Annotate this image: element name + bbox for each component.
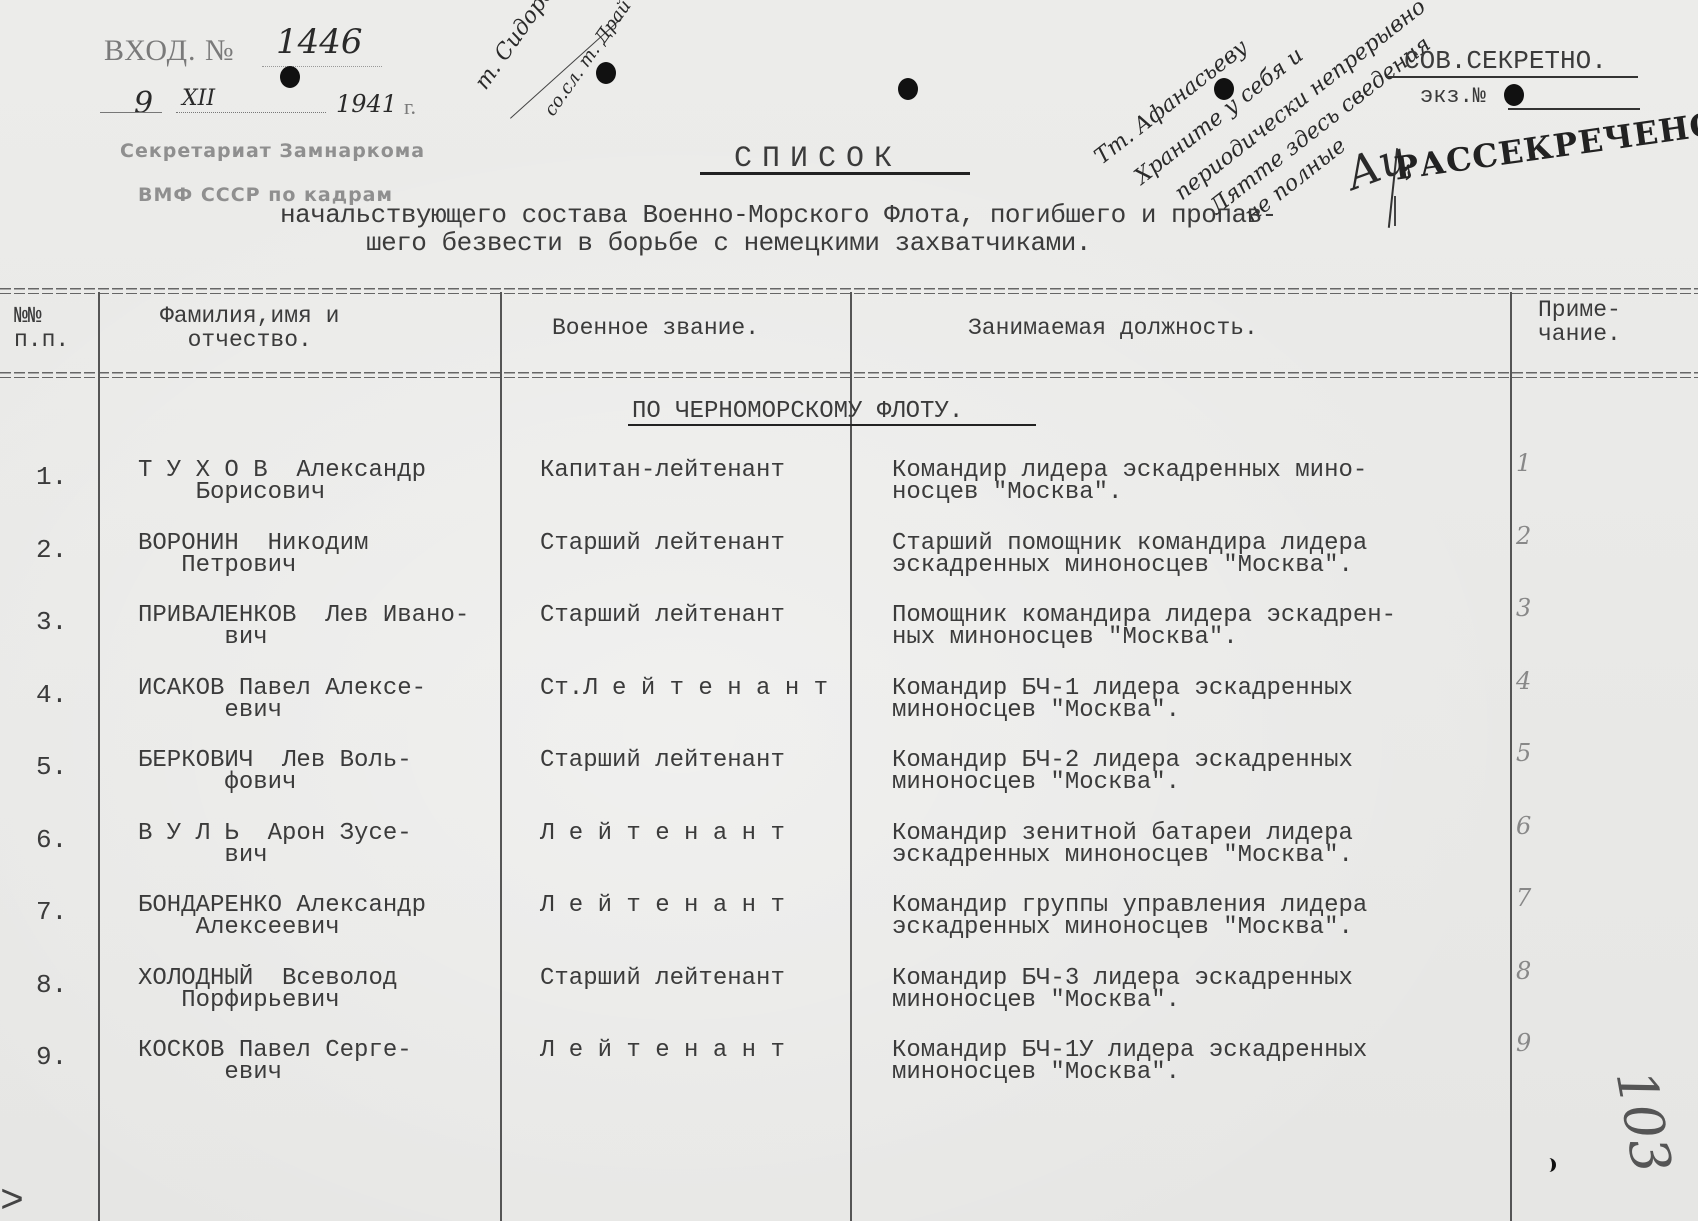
- table-top-rule: [0, 288, 1698, 294]
- row-note: 6: [1516, 815, 1531, 837]
- entry-number-line: [262, 66, 382, 67]
- row-number: 2.: [36, 539, 67, 561]
- declassified-stamp: РАССЕКРЕЧЕНО: [1392, 105, 1698, 188]
- row-position: Командир БЧ-1У лидера эскадренных миноно…: [892, 1040, 1367, 1084]
- table-row: 9.КОСКОВ Павел Серге- евичЛ е й т е н а …: [0, 1040, 1698, 1112]
- table-row: 5.БЕРКОВИЧ Лев Воль- фовичСтарший лейтен…: [0, 750, 1698, 822]
- row-position: Командир лидера эскадренных мино- носцев…: [892, 460, 1367, 504]
- document-title: СПИСОК: [734, 142, 902, 176]
- row-military-rank: Старший лейтенант: [540, 968, 785, 990]
- row-number: 3.: [36, 611, 67, 633]
- archival-document-sheet: ВХОД. № 1446 9 XII 1941 г. Секретариат З…: [0, 0, 1698, 1221]
- row-note: 1: [1516, 452, 1531, 474]
- entry-date-year: 1941: [336, 90, 397, 118]
- row-note: 7: [1516, 887, 1531, 909]
- row-note: 5: [1516, 742, 1531, 764]
- table-row: 2.ВОРОНИН Никодим ПетровичСтарший лейтен…: [0, 533, 1698, 605]
- entry-stamp-label: ВХОД. №: [104, 34, 235, 68]
- punch-hole-icon: [596, 62, 616, 84]
- row-number: 4.: [36, 684, 67, 706]
- section-underline: [628, 424, 1036, 426]
- row-military-rank: Старший лейтенант: [540, 750, 785, 772]
- row-military-rank: Старший лейтенант: [540, 605, 785, 627]
- row-note: 9: [1516, 1032, 1531, 1054]
- subtitle-margin-tick: [1394, 196, 1396, 226]
- row-full-name: ХОЛОДНЫЙ Всеволод Порфирьевич: [138, 968, 397, 1012]
- entry-date-month: XII: [182, 86, 215, 111]
- table-row: 3.ПРИВАЛЕНКОВ Лев Ивано- вичСтарший лейт…: [0, 605, 1698, 677]
- section-heading: ПО ЧЕРНОМОРСКОМУ ФЛОТУ.: [632, 398, 963, 425]
- row-military-rank: Л е й т е н а н т: [540, 823, 785, 845]
- entry-number: 1446: [276, 22, 363, 62]
- row-number: 8.: [36, 974, 67, 996]
- row-position: Командир БЧ-2 лидера эскадренных минонос…: [892, 750, 1353, 794]
- row-full-name: В У Л Ь Арон Зусе- вич: [138, 823, 412, 867]
- title-underline: [700, 172, 970, 175]
- header-position: Занимаемая должность.: [968, 316, 1258, 340]
- row-number: 9.: [36, 1046, 67, 1068]
- row-full-name: ИСАКОВ Павел Алексе- евич: [138, 678, 426, 722]
- row-number: 1.: [36, 466, 67, 488]
- row-number: 6.: [36, 829, 67, 851]
- row-full-name: БОНДАРЕНКО Александр Алексеевич: [138, 895, 426, 939]
- row-full-name: КОСКОВ Павел Серге- евич: [138, 1040, 412, 1084]
- secrecy-underline: [1386, 76, 1638, 78]
- header-note: Приме- чание.: [1538, 298, 1621, 346]
- entry-date-year-suffix: г.: [404, 94, 416, 120]
- document-subtitle-line1: начальствующего состава Военно-Морского …: [280, 200, 1277, 230]
- table-header-rule: [0, 372, 1698, 378]
- row-position: Командир группы управления лидера эскадр…: [892, 895, 1367, 939]
- document-subtitle-line2: шего безвести в борьбе с немецкими захва…: [366, 228, 1091, 258]
- row-full-name: ВОРОНИН Никодим Петрович: [138, 533, 368, 577]
- row-number: 7.: [36, 901, 67, 923]
- row-position: Старший помощник командира лидера эскадр…: [892, 533, 1367, 577]
- row-military-rank: Ст.Л е й т е н а н т: [540, 678, 828, 700]
- date-day-line: [100, 112, 162, 113]
- row-note: 8: [1516, 960, 1531, 982]
- punch-hole-icon: [1504, 84, 1524, 106]
- table-row: 4.ИСАКОВ Павел Алексе- евичСт.Л е й т е …: [0, 678, 1698, 750]
- row-full-name: БЕРКОВИЧ Лев Воль- фович: [138, 750, 412, 794]
- row-position: Командир БЧ-3 лидера эскадренных минонос…: [892, 968, 1353, 1012]
- row-position: Помощник командира лидера эскадрен- ных …: [892, 605, 1396, 649]
- row-position: Командир зенитной батареи лидера эскадре…: [892, 823, 1353, 867]
- office-stamp-line1: Секретариат Замнаркома: [120, 140, 425, 162]
- secrecy-marking: СОВ.СЕКРЕТНО.: [1404, 46, 1607, 76]
- date-month-line: [176, 112, 326, 113]
- entry-date-day: 9: [134, 86, 153, 121]
- table-row: 7.БОНДАРЕНКО Александр АлексеевичЛ е й т…: [0, 895, 1698, 967]
- ink-mark-icon: [1542, 1158, 1556, 1172]
- row-note: 2: [1516, 525, 1531, 547]
- header-name: Фамилия,имя и отчество.: [160, 304, 339, 352]
- row-number: 5.: [36, 756, 67, 778]
- copy-number-label: экз.№: [1420, 84, 1486, 109]
- row-note: 3: [1516, 597, 1531, 619]
- torn-corner-icon: >: [0, 1180, 24, 1221]
- row-military-rank: Старший лейтенант: [540, 533, 785, 555]
- table-row: 1.Т У Х О В Александр БорисовичКапитан-л…: [0, 460, 1698, 532]
- handwritten-routing-note-2: со.сл. т. Драй: [540, 0, 636, 120]
- header-number: №№ п.п.: [14, 304, 69, 352]
- punch-hole-icon: [898, 78, 918, 100]
- table-row: 8.ХОЛОДНЫЙ Всеволод ПорфирьевичСтарший л…: [0, 968, 1698, 1040]
- table-row: 6.В У Л Ь Арон Зусе- вичЛ е й т е н а н …: [0, 823, 1698, 895]
- header-rank: Военное звание.: [552, 316, 759, 340]
- row-military-rank: Л е й т е н а н т: [540, 1040, 785, 1062]
- row-full-name: ПРИВАЛЕНКОВ Лев Ивано- вич: [138, 605, 469, 649]
- row-military-rank: Капитан-лейтенант: [540, 460, 785, 482]
- copy-number-line: [1508, 108, 1640, 110]
- punch-hole-icon: [280, 66, 300, 88]
- row-note: 4: [1516, 670, 1531, 692]
- row-military-rank: Л е й т е н а н т: [540, 895, 785, 917]
- row-position: Командир БЧ-1 лидера эскадренных минонос…: [892, 678, 1353, 722]
- row-full-name: Т У Х О В Александр Борисович: [138, 460, 426, 504]
